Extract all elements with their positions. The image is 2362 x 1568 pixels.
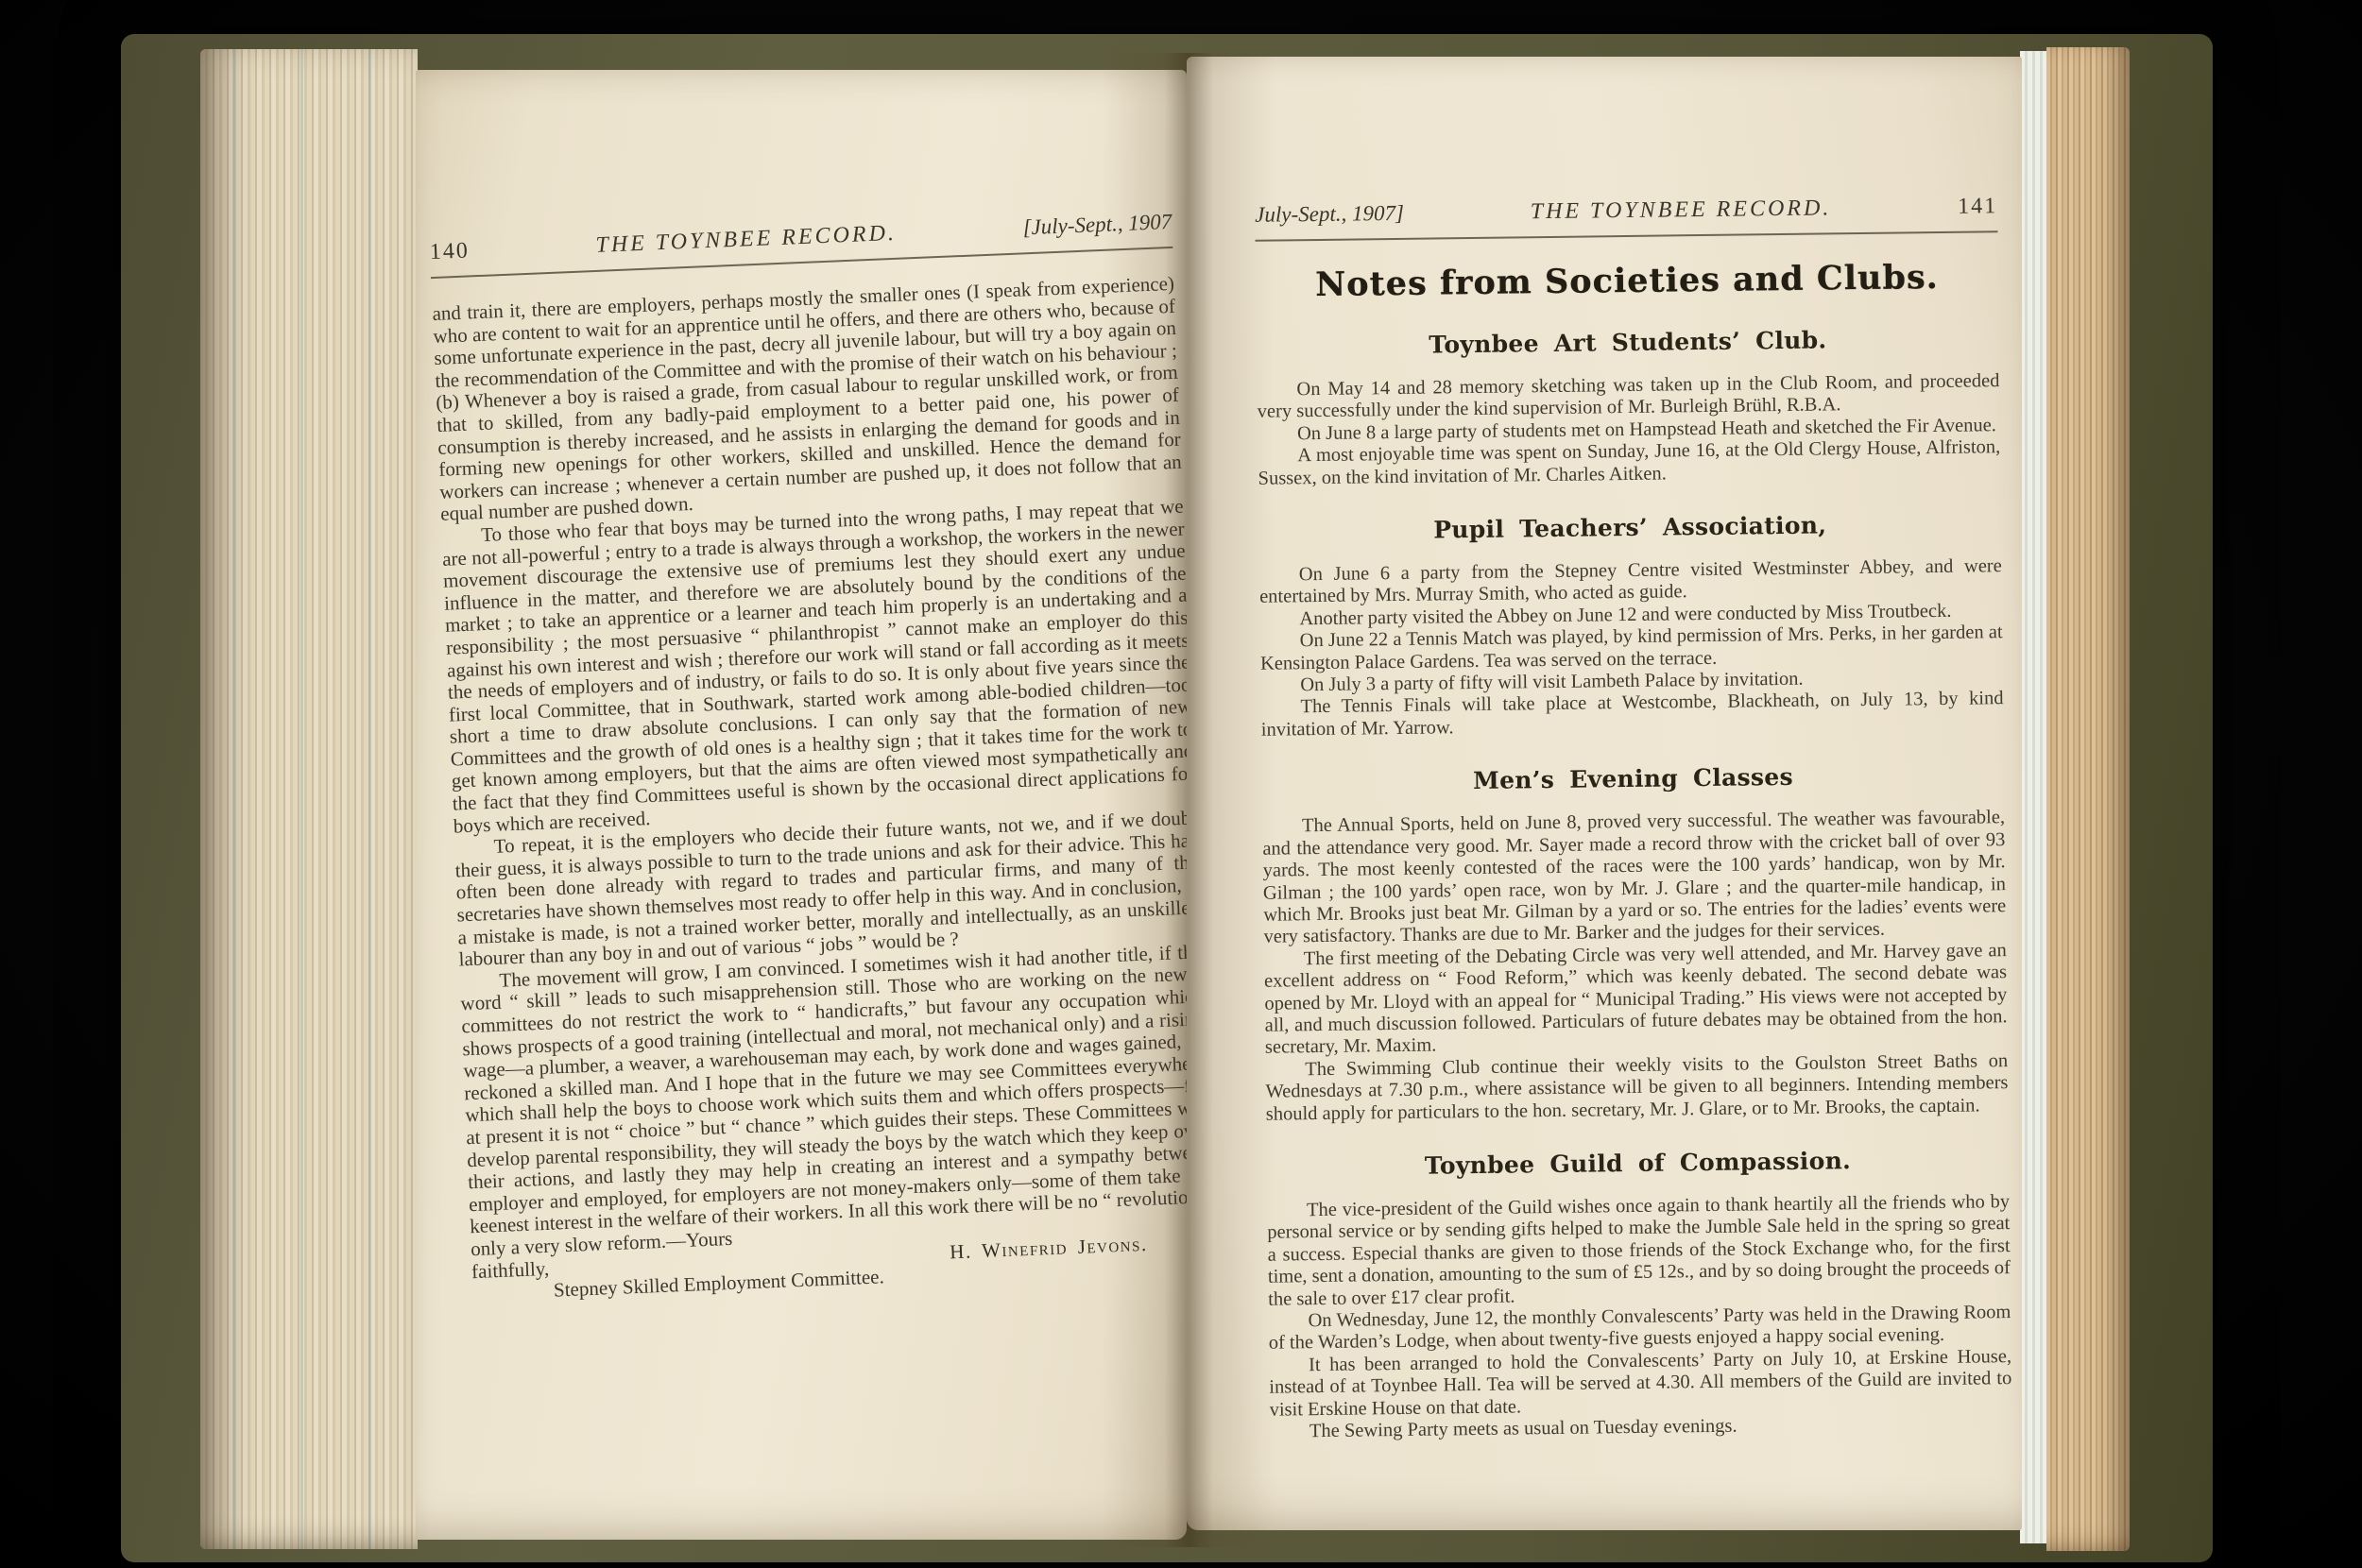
body-paragraph: To those who fear that boys may be turne…	[441, 496, 1196, 838]
body-paragraph: The Annual Sports, held on June 8, prove…	[1262, 807, 2007, 948]
open-book: 140 THE TOYNBEE RECORD. [July-Sept., 190…	[121, 34, 2213, 1562]
notes-main-title: Notes from Societies and Clubs.	[1256, 257, 1998, 305]
right-page-content: July-Sept., 1907] THE TOYNBEE RECORD. 14…	[1255, 194, 2012, 1443]
right-page-header: July-Sept., 1907] THE TOYNBEE RECORD. 14…	[1255, 194, 1997, 242]
section-pupil-teachers: Pupil Teachers’ Association, On June 6 a…	[1258, 509, 2004, 741]
page-edges-right	[2046, 47, 2130, 1551]
right-running-title: THE TOYNBEE RECORD.	[1531, 196, 1832, 225]
body-paragraph: The vice-president of the Guild wishes o…	[1267, 1191, 2011, 1311]
photo-background: 140 THE TOYNBEE RECORD. [July-Sept., 190…	[0, 0, 2362, 1568]
closing-word: faithfully,	[471, 1257, 550, 1283]
left-issue-date: [July-Sept., 1907	[1022, 210, 1172, 240]
section-heading: Men’s Evening Classes	[1261, 760, 2004, 797]
section-heading: Pupil Teachers’ Association,	[1258, 509, 2001, 546]
body-paragraph: The first meeting of the Debating Circle…	[1264, 940, 2008, 1060]
left-page: 140 THE TOYNBEE RECORD. [July-Sept., 190…	[416, 70, 1187, 1540]
section-guild-of-compassion: Toynbee Guild of Compassion. The vice-pr…	[1266, 1145, 2012, 1443]
section-mens-evening-classes: Men’s Evening Classes The Annual Sports,…	[1261, 760, 2009, 1125]
left-page-content: 140 THE TOYNBEE RECORD. [July-Sept., 190…	[429, 210, 1215, 1305]
section-heading: Toynbee Art Students’ Club.	[1257, 324, 1999, 361]
body-paragraph: The movement will grow, I am convinced. …	[459, 941, 1213, 1261]
right-issue-date: July-Sept., 1907]	[1255, 201, 1404, 228]
page-edges-left	[200, 49, 418, 1549]
left-page-body: and train it, there are employers, perha…	[432, 273, 1215, 1305]
right-page: July-Sept., 1907] THE TOYNBEE RECORD. 14…	[1187, 57, 2022, 1530]
left-page-header: 140 THE TOYNBEE RECORD. [July-Sept., 190…	[429, 210, 1172, 279]
body-paragraph: and train it, there are employers, perha…	[432, 273, 1183, 526]
right-page-number: 141	[1958, 194, 1997, 220]
right-page-body: Notes from Societies and Clubs. Toynbee …	[1256, 257, 2012, 1443]
flyleaf-edge	[2020, 51, 2046, 1543]
section-heading: Toynbee Guild of Compassion.	[1266, 1145, 2009, 1182]
left-running-title: THE TOYNBEE RECORD.	[595, 221, 897, 259]
body-paragraph: A most enjoyable time was spent on Sunda…	[1258, 436, 2001, 489]
body-paragraph: The Tennis Finals will take place at Wes…	[1260, 689, 2004, 741]
left-page-number: 140	[429, 238, 470, 265]
section-art-students-club: Toynbee Art Students’ Club. On May 14 an…	[1257, 324, 2001, 490]
body-paragraph: It has been arranged to hold the Convale…	[1269, 1346, 2012, 1422]
body-paragraph: The Swimming Club continue their weekly …	[1265, 1050, 2009, 1126]
